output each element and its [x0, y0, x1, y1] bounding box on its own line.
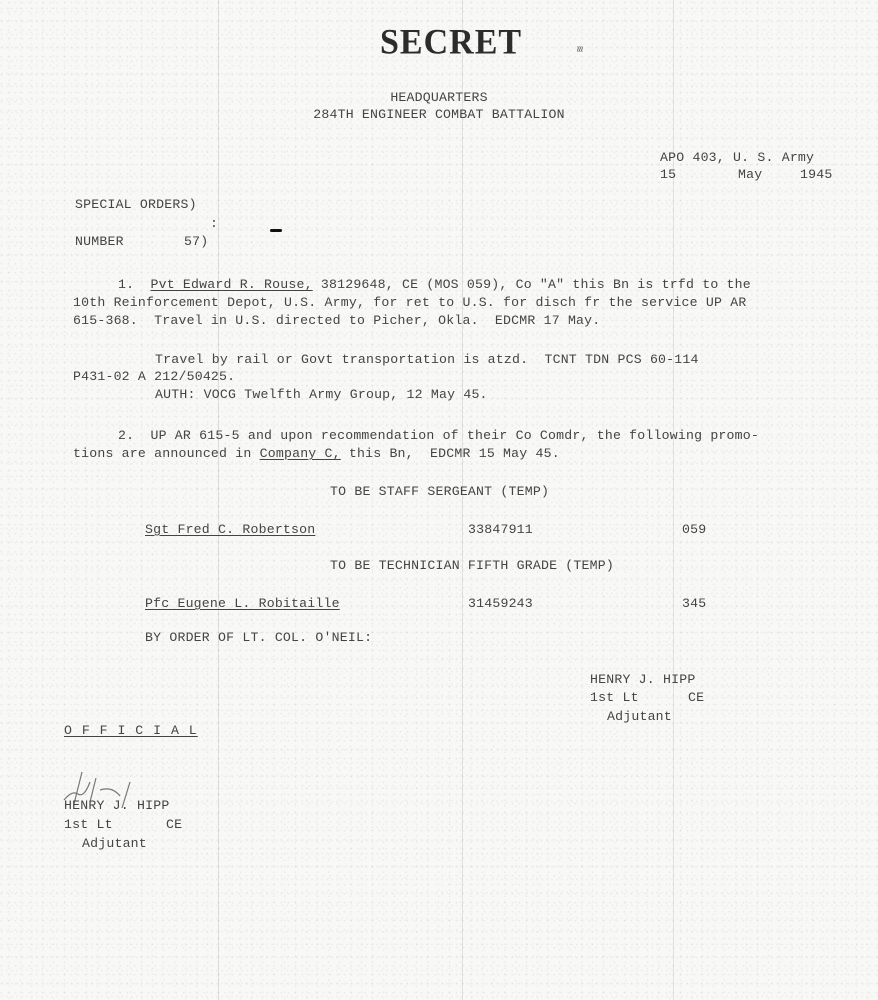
header-unit: 284TH ENGINEER COMBAT BATTALION	[0, 107, 878, 122]
paragraph-1-line-4: Travel by rail or Govt transportation is…	[155, 352, 699, 367]
paragraph-1-auth: AUTH: VOCG Twelfth Army Group, 12 May 45…	[155, 387, 488, 402]
number-label: NUMBER	[75, 234, 124, 249]
special-orders-label: SPECIAL ORDERS)	[75, 197, 197, 212]
paragraph-1-line-3: 615-368. Travel in U.S. directed to Pich…	[73, 313, 600, 328]
signer-title: Adjutant	[607, 709, 672, 724]
promotion-mos: 345	[682, 596, 706, 611]
paragraph-text: UP AR 615-5 and upon recommendation of t…	[150, 428, 759, 443]
promotion-heading: TO BE STAFF SERGEANT (TEMP)	[330, 484, 549, 499]
document-page: SECRET ≋ HEADQUARTERS 284TH ENGINEER COM…	[0, 0, 878, 1000]
date-year: 1945	[800, 167, 832, 182]
margin-mark: ≋	[572, 46, 586, 53]
promotion-mos: 059	[682, 522, 706, 537]
official-branch: CE	[166, 817, 182, 832]
paragraph-2-line-1: 2. UP AR 615-5 and upon recommendation o…	[118, 428, 759, 443]
paper-crease	[218, 0, 219, 1000]
paragraph-text: 38129648, CE (MOS 059), Co "A" this Bn i…	[313, 277, 751, 292]
location-apo: APO 403, U. S. Army	[660, 150, 814, 165]
header-headquarters: HEADQUARTERS	[0, 90, 878, 105]
signer-rank: 1st Lt	[590, 690, 639, 705]
paragraph-number: 1.	[118, 277, 134, 292]
promotion-name: Pfc Eugene L. Robitaille	[145, 596, 340, 611]
order-number: 57)	[184, 234, 208, 249]
signer-name: HENRY J. HIPP	[590, 672, 695, 687]
order-colon: :	[210, 216, 218, 231]
date-month: May	[738, 167, 762, 182]
soldier-name: Pvt Edward R. Rouse,	[150, 277, 312, 292]
official-label: O F F I C I A L	[64, 723, 198, 738]
by-order-line: BY ORDER OF LT. COL. O'NEIL:	[145, 630, 372, 645]
paragraph-2-line-2: tions are announced in Company C, this B…	[73, 446, 560, 461]
paragraph-text: tions are announced in	[73, 446, 260, 461]
classification-stamp: SECRET	[380, 23, 522, 63]
official-title: Adjutant	[82, 836, 147, 851]
company-name: Company C,	[260, 446, 341, 461]
official-rank: 1st Lt	[64, 817, 113, 832]
signer-branch: CE	[688, 690, 704, 705]
paragraph-number: 2.	[118, 428, 134, 443]
paragraph-1-line-5: P431-02 A 212/50425.	[73, 369, 235, 384]
paragraph-1-line-2: 10th Reinforcement Depot, U.S. Army, for…	[73, 295, 746, 310]
promotion-heading: TO BE TECHNICIAN FIFTH GRADE (TEMP)	[330, 558, 614, 573]
date-day: 15	[660, 167, 676, 182]
ink-mark	[270, 229, 282, 232]
promotion-serial: 33847911	[468, 522, 533, 537]
paragraph-text: this Bn, EDCMR 15 May 45.	[341, 446, 560, 461]
promotion-serial: 31459243	[468, 596, 533, 611]
paper-crease	[462, 0, 463, 1000]
promotion-name: Sgt Fred C. Robertson	[145, 522, 315, 537]
paragraph-1-line-1: 1. Pvt Edward R. Rouse, 38129648, CE (MO…	[118, 277, 751, 292]
official-name: HENRY J. HIPP	[64, 798, 169, 813]
